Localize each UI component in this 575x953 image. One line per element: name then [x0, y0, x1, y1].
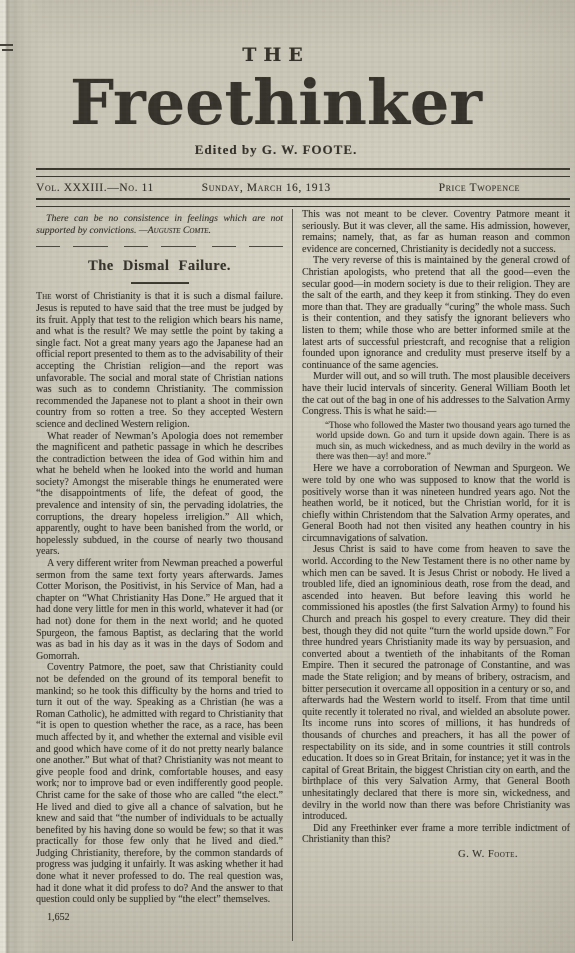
issue-info-line: Vol. XXXIII.—No. 11 Sunday, March 16, 19…	[36, 177, 570, 198]
article-columns: There can be no consistence in feelings …	[36, 209, 570, 941]
bottom-divider-rule	[36, 198, 570, 207]
price-label: Price Twopence	[439, 182, 520, 194]
editor-line: Edited by G. W. FOOTE.	[9, 143, 543, 156]
epigraph-divider-rule	[36, 246, 283, 247]
headline-rule	[131, 282, 189, 284]
issue-number: 1,652	[36, 912, 283, 941]
author-signature: G. W. Foote.	[302, 849, 570, 860]
right-column: This was not meant to be clever. Coventr…	[293, 209, 570, 941]
masthead: THE Freethinker Edited by G. W. FOOTE.	[9, 0, 543, 156]
article-headline: The Dismal Failure.	[36, 258, 283, 275]
epigraph: There can be no consistence in feelings …	[36, 213, 283, 236]
article-paragraph: Murder will out, and so will truth. The …	[302, 371, 570, 417]
masthead-title: Freethinker	[9, 72, 543, 134]
page-content: THE Freethinker Edited by G. W. FOOTE. V…	[36, 0, 570, 941]
article-paragraph: A very different writer from Newman prea…	[36, 558, 283, 662]
epigraph-author: —Auguste Comte.	[139, 225, 211, 236]
article-paragraph: The very reverse of this is maintained b…	[302, 255, 570, 371]
article-paragraph: What reader of Newman’s Apologia does no…	[36, 431, 283, 559]
article-paragraph: Jesus Christ is said to have come from h…	[302, 544, 570, 822]
article-paragraph: Here we have a corroboration of Newman a…	[302, 463, 570, 544]
article-paragraph: This was not meant to be clever. Coventr…	[302, 209, 570, 255]
paragraph-text: worst of Christianity is that it is such…	[36, 291, 283, 430]
left-column: There can be no consistence in feelings …	[36, 209, 293, 941]
booth-quote: “Those who followed the Master two thous…	[316, 420, 570, 462]
issue-date: Sunday, March 16, 1913	[124, 182, 409, 194]
article-paragraph: The worst of Christianity is that it is …	[36, 291, 283, 430]
article-paragraph: Did any Freethinker ever frame a more te…	[302, 823, 570, 846]
masthead-pretitle: THE	[9, 46, 543, 65]
newspaper-page-scan: THE Freethinker Edited by G. W. FOOTE. V…	[0, 0, 575, 953]
paragraph-lead-word: The	[36, 291, 51, 302]
article-paragraph: Coventry Patmore, the poet, saw that Chr…	[36, 662, 283, 905]
top-divider-rule	[36, 168, 570, 177]
